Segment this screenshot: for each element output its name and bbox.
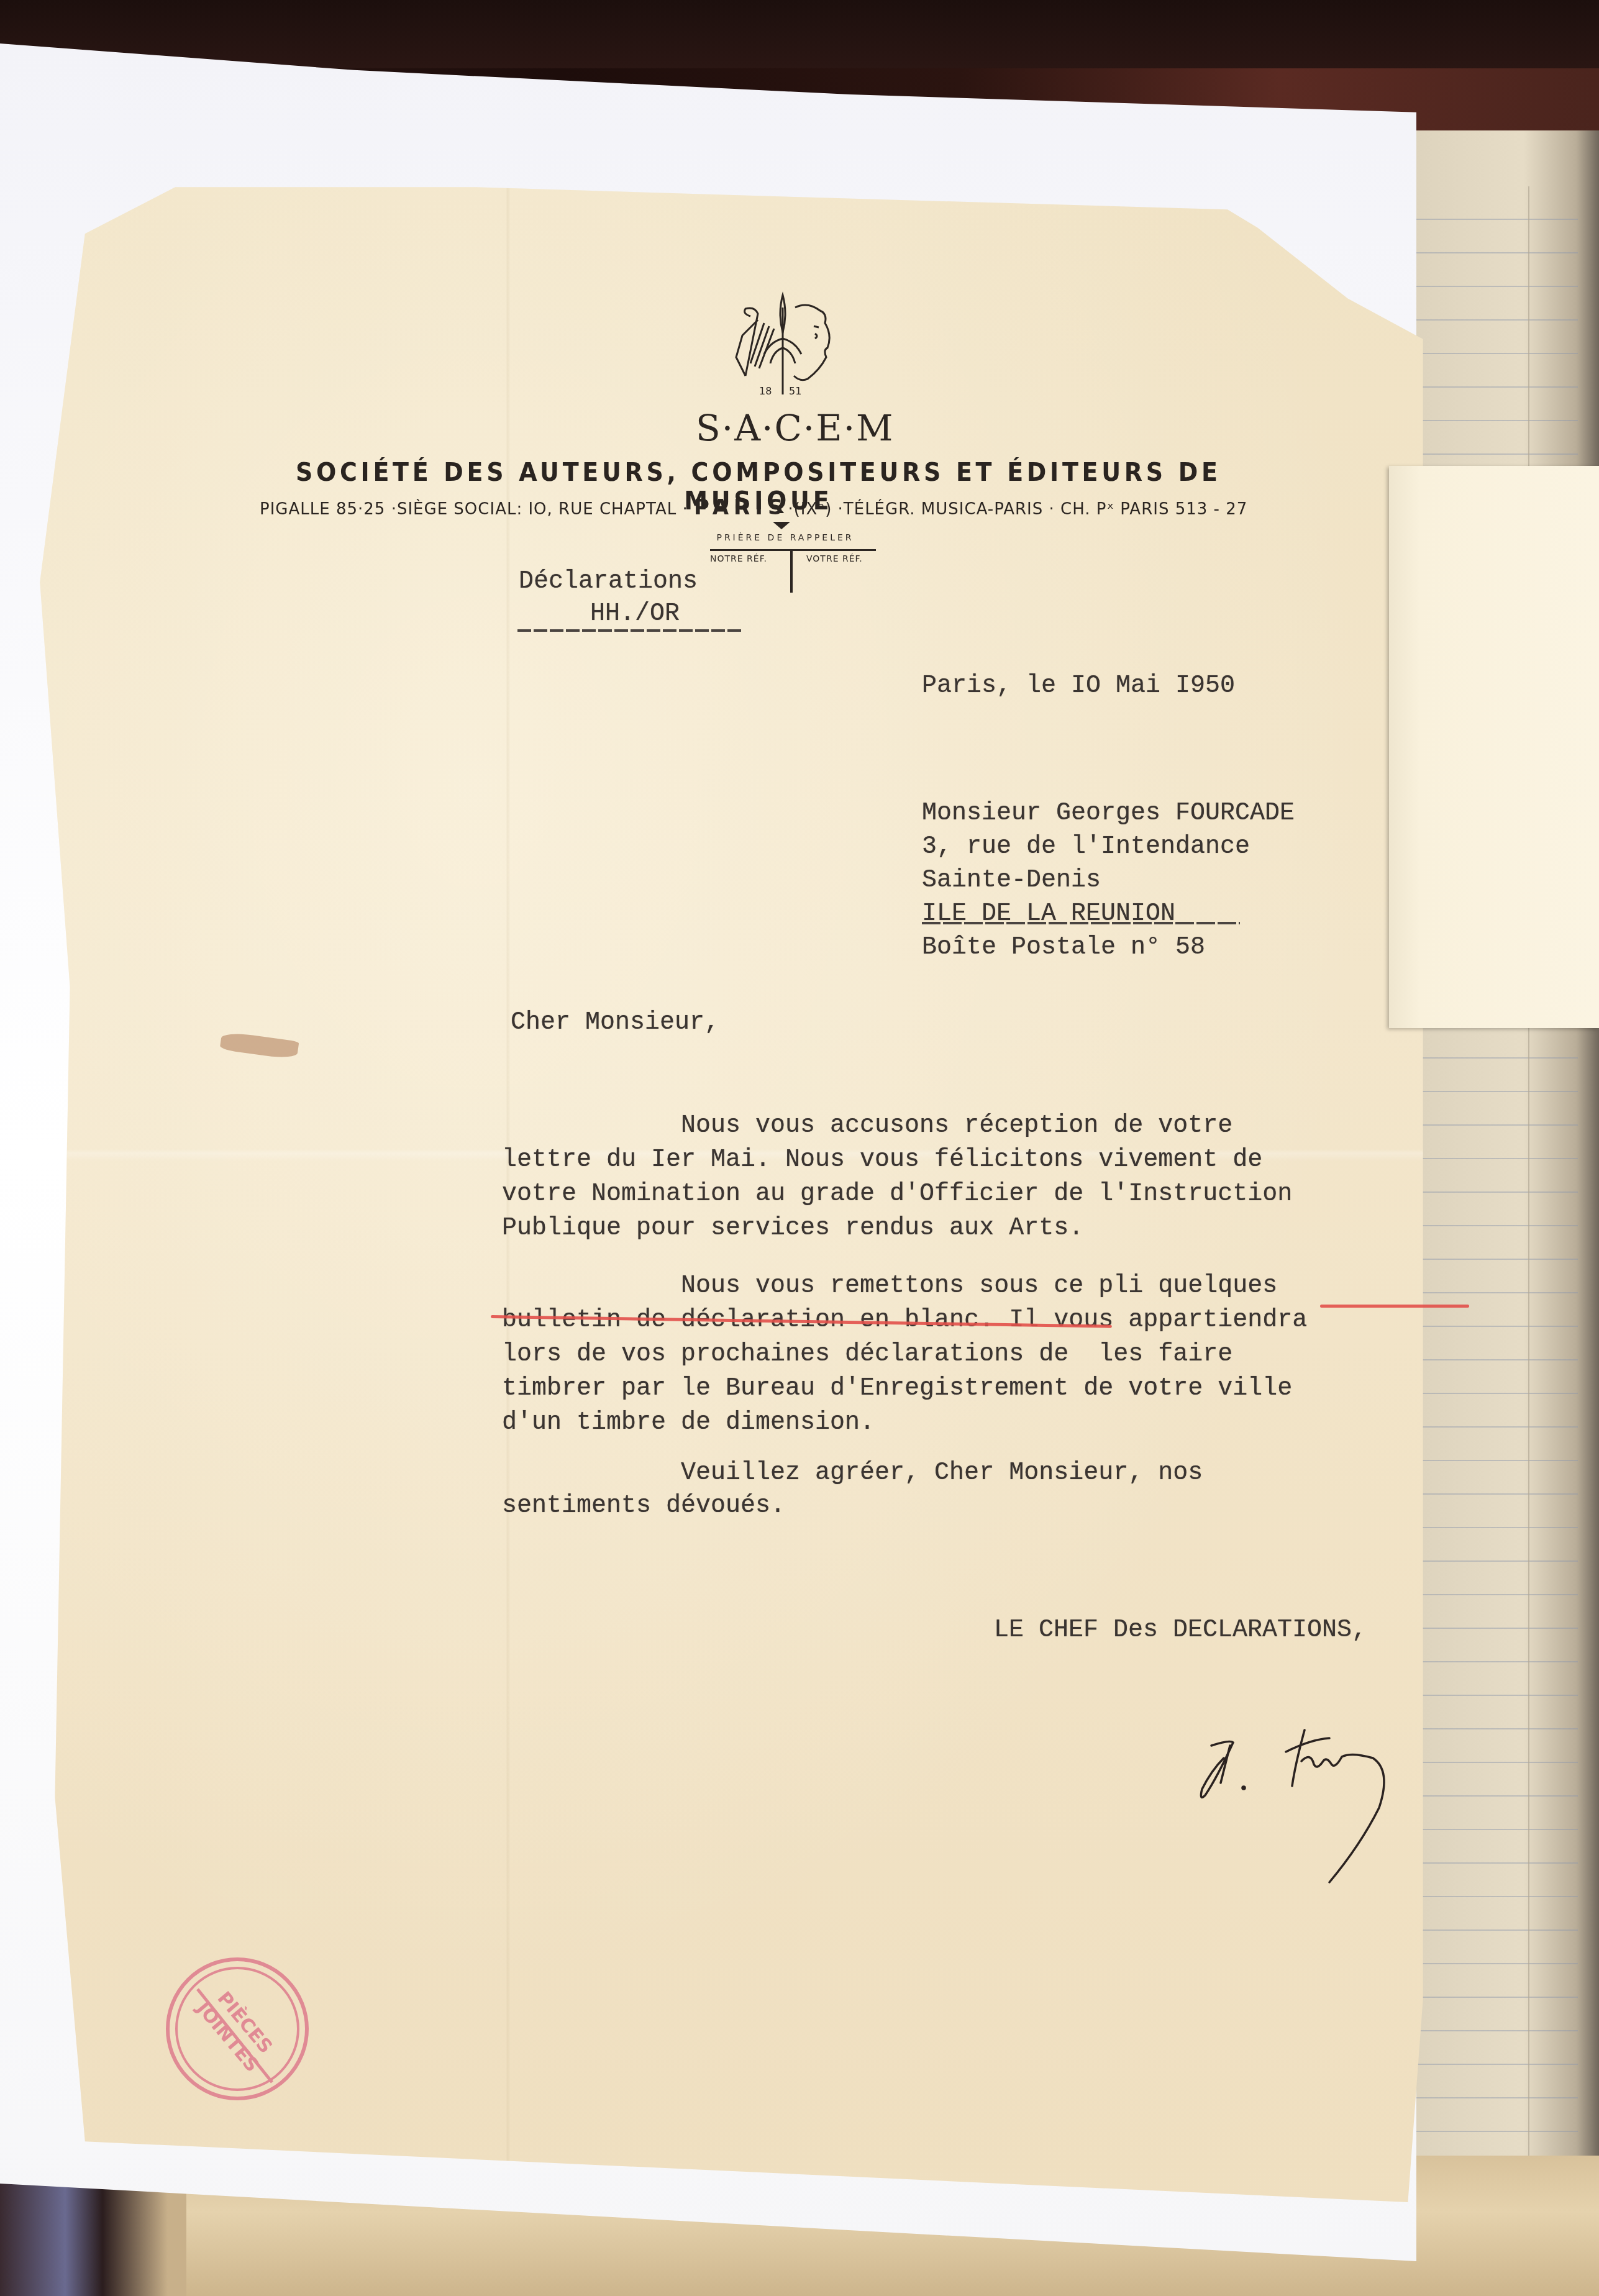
- salutation: Cher Monsieur,: [511, 1006, 719, 1039]
- recipient-region: ILE DE LA REUNION: [922, 898, 1295, 931]
- letterhead-contact-line: PIGALLE 85·25 ·SIÈGE SOCIAL: IO, RUE CHA…: [260, 495, 1316, 520]
- department-label: Déclarations: [519, 565, 698, 598]
- paragraph-line: lettre du Ier Mai. Nous vous félicitons …: [502, 1143, 1292, 1177]
- recipient-city: Sainte-Denis: [922, 864, 1295, 898]
- red-pencil-underline: [1320, 1305, 1469, 1308]
- date-line: Paris, le IO Mai I950: [922, 670, 1235, 703]
- reference-separator: [790, 549, 793, 593]
- our-reference-label: NOTRE RÉF.: [710, 554, 767, 564]
- attached-white-card: [1389, 466, 1599, 1028]
- paragraph-3: Veuillez agréer, Cher Monsieur, nossenti…: [502, 1457, 1203, 1523]
- reference-box: PRIÈRE DE RAPPELER NOTRE RÉF. VOTRE RÉF.: [695, 522, 868, 590]
- handwritten-signature-icon: [1193, 1727, 1466, 1888]
- recipient-street: 3, rue de l'Intendance: [922, 831, 1295, 864]
- recipient-po-box: Boîte Postale n° 58: [922, 931, 1295, 965]
- region-underline: [922, 922, 1240, 924]
- reference-underline: [517, 629, 741, 632]
- contact-suffix: ·(IXᵉ) ·TÉLÉGR. MUSICA-PARIS · CH. Pˣ PA…: [788, 500, 1247, 519]
- paragraph-line: Nous vous remettons sous ce pli quelques: [502, 1269, 1307, 1303]
- paragraph-line: votre Nomination au grade d'Officier de …: [502, 1177, 1292, 1211]
- paragraph-line: Publique pour services rendus aux Arts.: [502, 1211, 1292, 1246]
- pieces-jointes-stamp: PIÈCES JOINTES: [160, 1952, 314, 2106]
- contact-city: PARIS: [694, 495, 788, 520]
- logo-year-left: 18: [759, 385, 772, 397]
- paragraph-line: Veuillez agréer, Cher Monsieur, nos: [502, 1457, 1203, 1490]
- paragraph-line: bulletin de déclaration en blanc. Il vou…: [502, 1303, 1307, 1337]
- recipient-name: Monsieur Georges FOURCADE: [922, 797, 1295, 831]
- reference-prompt: PRIÈRE DE RAPPELER: [698, 533, 872, 543]
- paragraph-line: lors de vos prochaines déclarations de l…: [502, 1337, 1307, 1372]
- reference-divider: [710, 549, 876, 551]
- reference-code: HH./OR: [590, 598, 680, 631]
- paragraph-line: timbrer par le Bureau d'Enregistrement d…: [502, 1372, 1307, 1406]
- paragraph-2: Nous vous remettons sous ce pli quelques…: [502, 1269, 1307, 1440]
- your-reference-label: VOTRE RÉF.: [806, 554, 863, 564]
- paragraph-line: d'un timbre de dimension.: [502, 1406, 1307, 1440]
- sacem-lyre-wheat-logo-icon: 18 51: [721, 289, 845, 401]
- sacem-acronym: S·A·C·E·M: [696, 407, 882, 449]
- signoff-title: LE CHEF Des DECLARATIONS,: [994, 1614, 1367, 1647]
- paragraph-1: Nous vous accusons réception de votrelet…: [502, 1109, 1292, 1246]
- contact-prefix: PIGALLE 85·25 ·SIÈGE SOCIAL: IO, RUE CHA…: [260, 500, 694, 519]
- recipient-address: Monsieur Georges FOURCADE3, rue de l'Int…: [922, 797, 1295, 965]
- triangle-marker-icon: [773, 522, 790, 529]
- logo-year-right: 51: [789, 385, 801, 397]
- paragraph-line: sentiments dévoués.: [502, 1490, 1203, 1523]
- paragraph-line: Nous vous accusons réception de votre: [502, 1109, 1292, 1143]
- scanner-background: [0, 0, 1599, 68]
